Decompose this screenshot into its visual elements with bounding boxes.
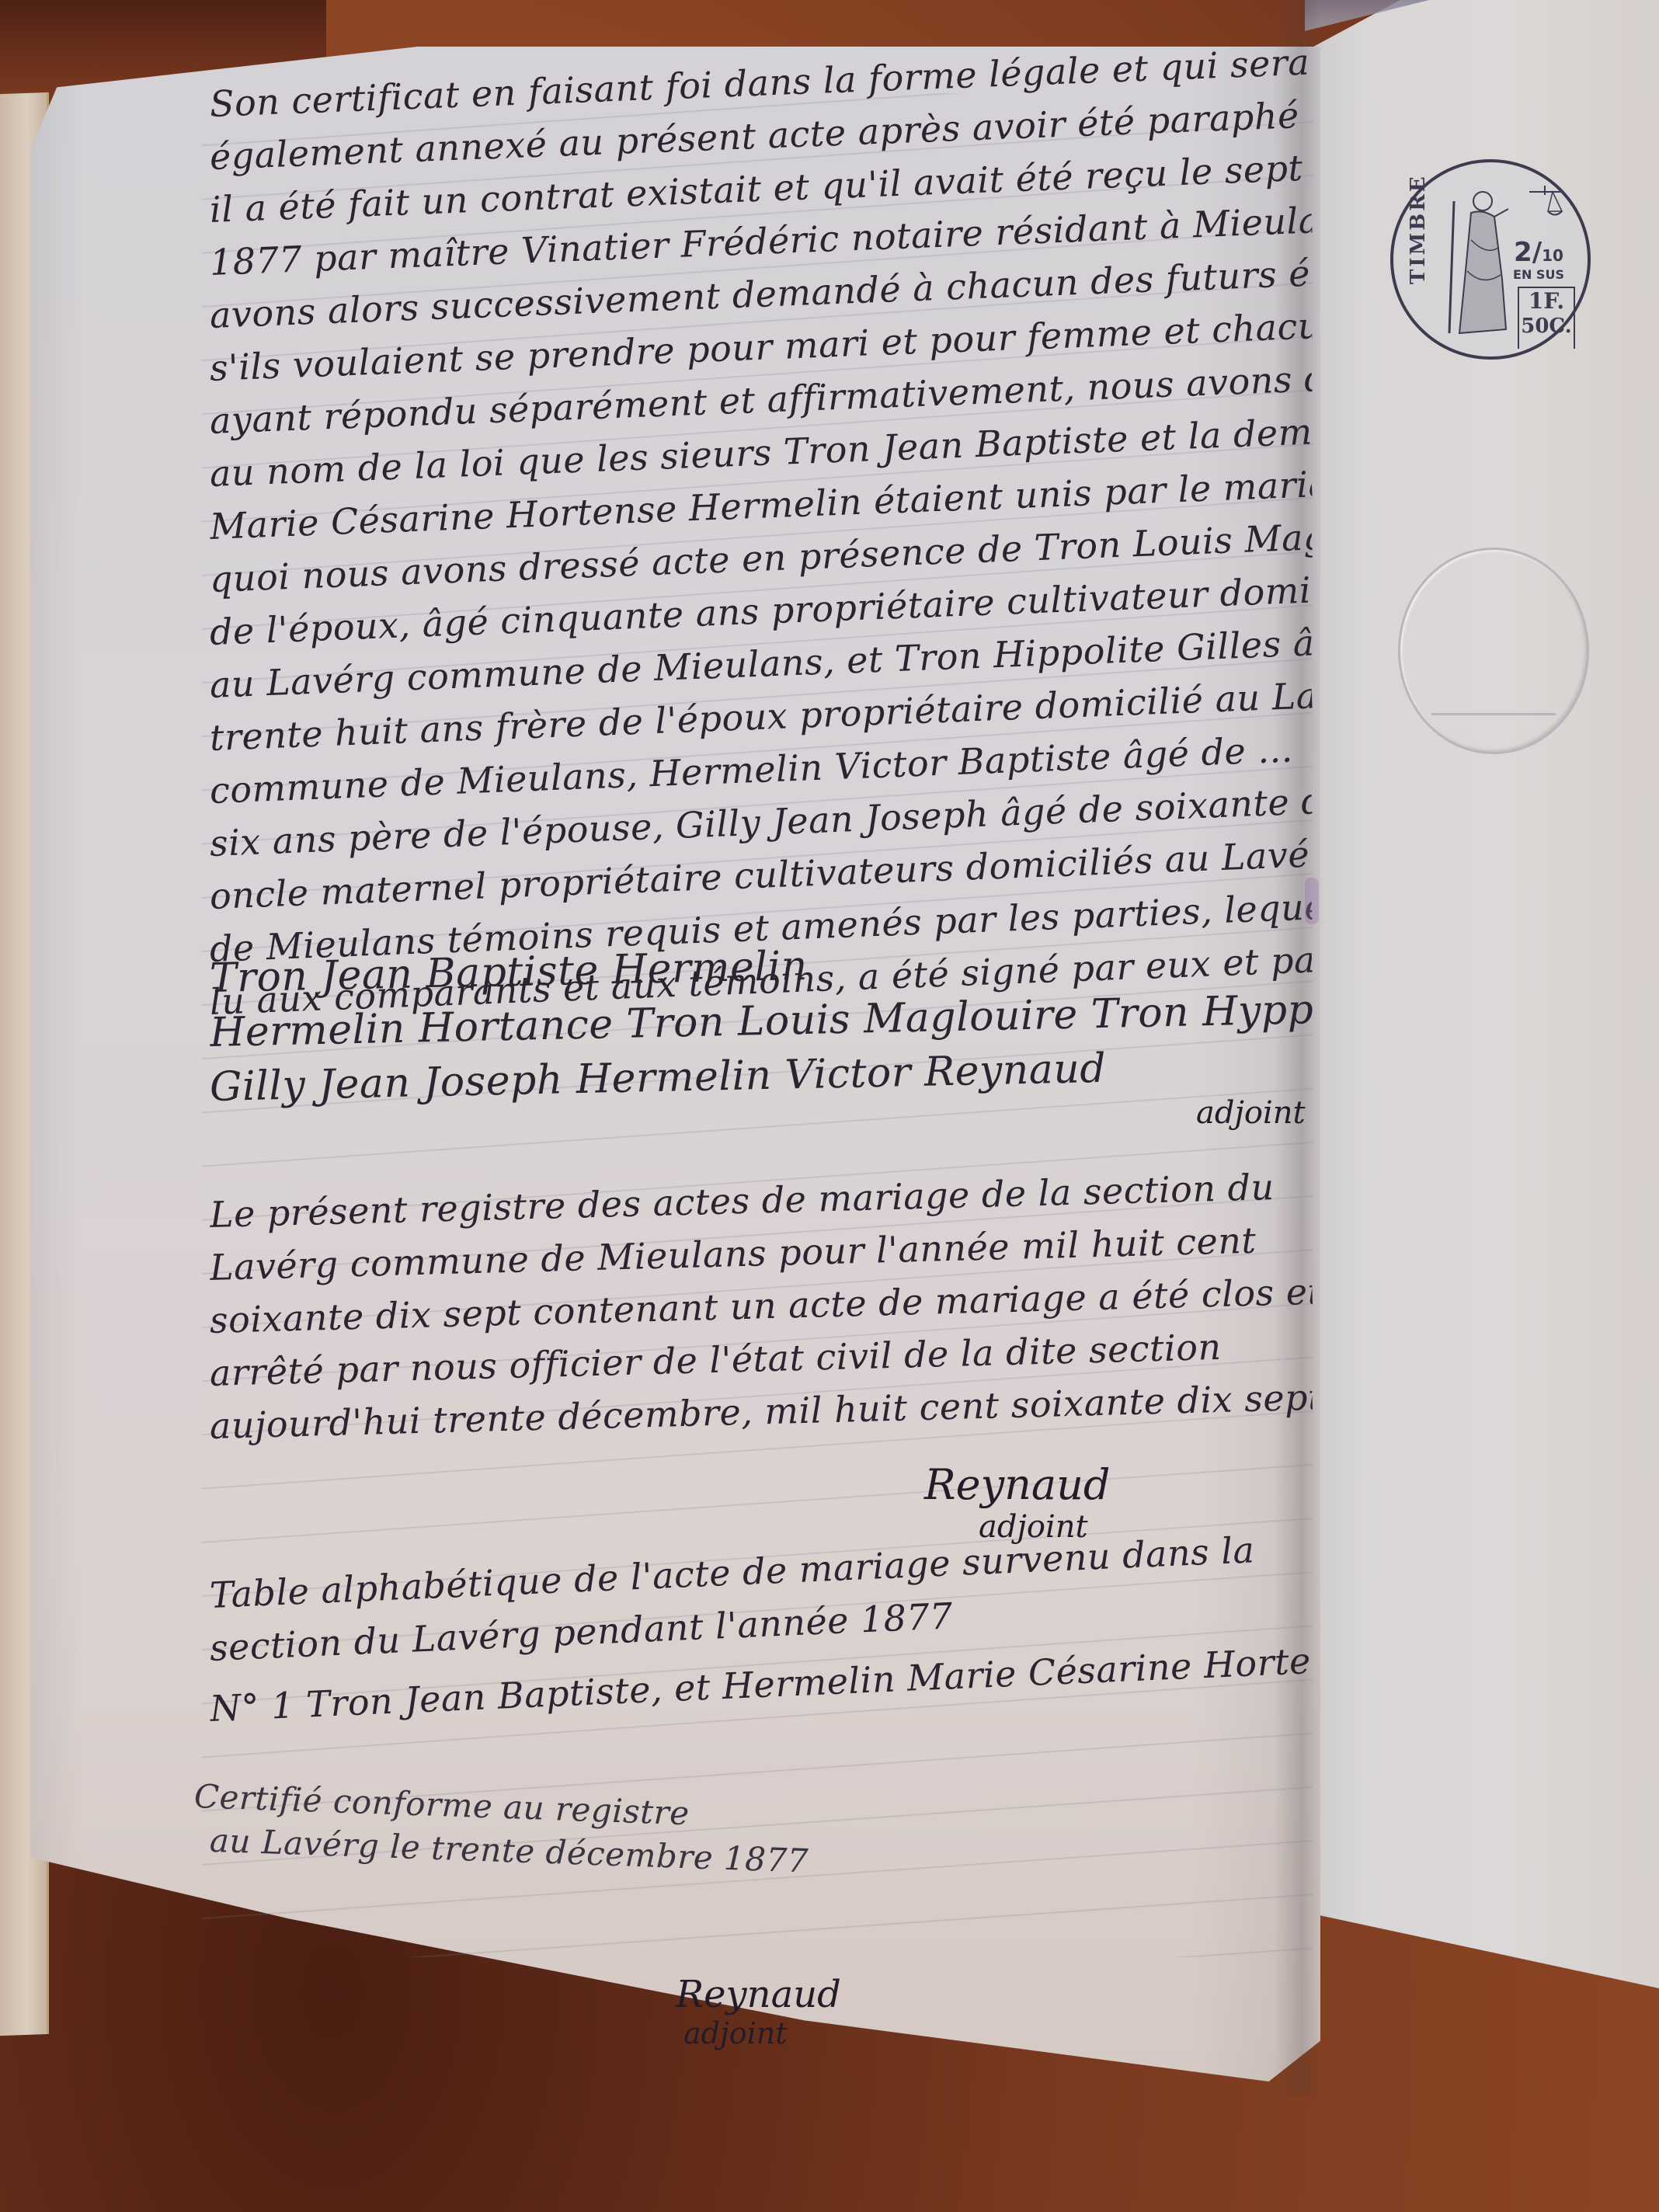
- alphabetical-table: Table alphabétique de l'acte de mariage …: [210, 1569, 1313, 1735]
- certification: Certifié conforme au registre au Lavérg …: [194, 1775, 1297, 1862]
- embossed-seal: [1398, 548, 1589, 754]
- stamp-price-box: 1F. 50C.: [1518, 287, 1575, 349]
- decime-denominator: 10: [1542, 246, 1563, 265]
- price-centimes: 50C.: [1519, 315, 1574, 338]
- fiscal-stamp: TIMBRE 2/10 EN SUS 1F. 50C.: [1390, 159, 1591, 360]
- officer-name: Reynaud: [676, 1973, 841, 2016]
- stamp-decime: 2/10 EN SUS: [1504, 240, 1574, 282]
- stamp-label: TIMBRE: [1407, 191, 1430, 284]
- officer-name: Reynaud: [924, 1460, 1110, 1509]
- marriage-act-body: Son certificat en faisant foi dans la fo…: [210, 78, 1313, 1028]
- scales-icon: [1522, 184, 1568, 231]
- ink-smudge: [1305, 878, 1319, 924]
- officer-signature-1: adjoint: [1149, 1095, 1306, 1131]
- officer-role: adjoint: [1149, 1095, 1306, 1131]
- photo-scene: Son certificat en faisant foi dans la fo…: [0, 0, 1659, 2212]
- decime-numerator: 2: [1514, 237, 1532, 268]
- officer-role: adjoint: [676, 2016, 841, 2050]
- decime-note: EN SUS: [1504, 268, 1574, 282]
- price-francs: 1F.: [1519, 288, 1574, 315]
- register-closing-statement: Le présent registre des actes de mariage…: [210, 1188, 1313, 1452]
- party-signatures: Tron Jean Baptiste Hermelin Hermelin Hor…: [210, 951, 1313, 1115]
- officer-signature-3: Reynaud adjoint: [676, 1973, 841, 2050]
